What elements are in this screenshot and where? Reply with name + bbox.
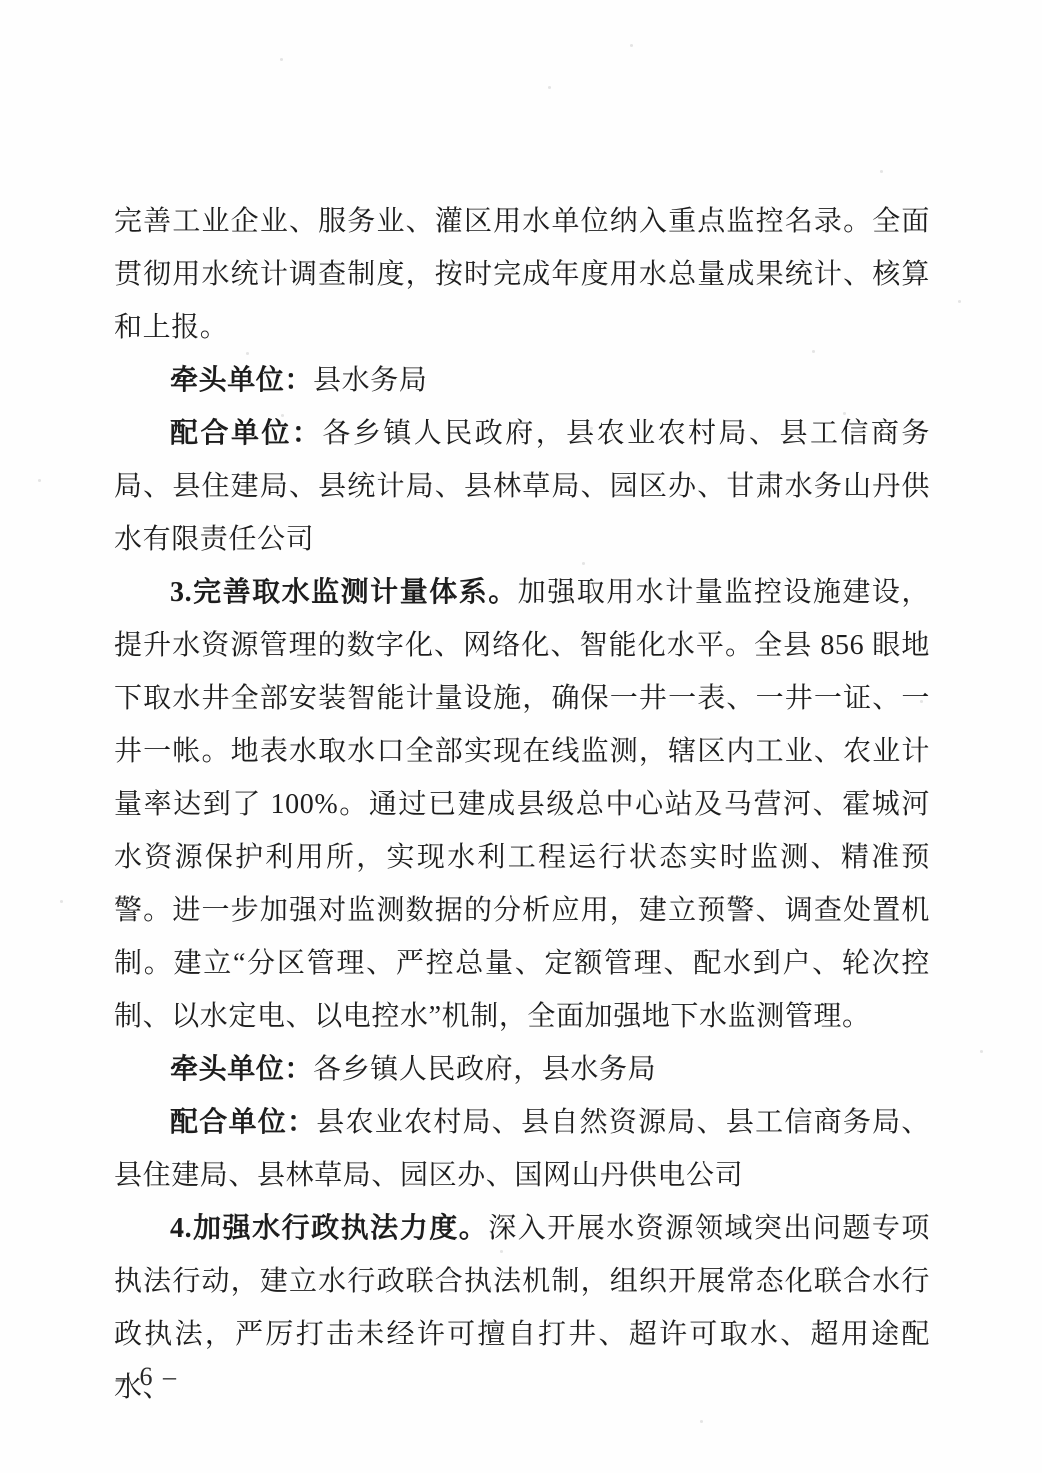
paragraph: 牵头单位：各乡镇人民政府，县水务局	[114, 1043, 930, 1096]
paragraph-text: 各乡镇人民政府，县水务局	[313, 1054, 656, 1085]
support-unit-label: 配合单位：	[170, 418, 322, 449]
paragraph-text: 加强取用水计量监控设施建设，提升水资源管理的数字化、网络化、智能化水平。全县 8…	[114, 577, 930, 1032]
lead-unit-label: 牵头单位：	[170, 1054, 313, 1085]
paragraph: 4.加强水行政执法力度。深入开展水资源领域突出问题专项执法行动，建立水行政联合执…	[114, 1202, 930, 1414]
paragraph: 牵头单位：县水务局	[114, 354, 930, 407]
paragraph: 配合单位：县农业农村局、县自然资源局、县工信商务局、县住建局、县林草局、园区办、…	[114, 1096, 930, 1202]
paragraph: 3.完善取水监测计量体系。加强取用水计量监控设施建设，提升水资源管理的数字化、网…	[114, 566, 930, 1043]
section-heading: 4.加强水行政执法力度。	[170, 1213, 488, 1244]
paragraph: 完善工业企业、服务业、灌区用水单位纳入重点监控名录。全面贯彻用水统计调查制度，按…	[114, 195, 930, 354]
paragraph-text: 完善工业企业、服务业、灌区用水单位纳入重点监控名录。全面贯彻用水统计调查制度，按…	[114, 206, 930, 343]
document-page: 完善工业企业、服务业、灌区用水单位纳入重点监控名录。全面贯彻用水统计调查制度，按…	[0, 0, 1042, 1473]
document-body: 完善工业企业、服务业、灌区用水单位纳入重点监控名录。全面贯彻用水统计调查制度，按…	[114, 195, 930, 1414]
paragraph: 配合单位：各乡镇人民政府，县农业农村局、县工信商务局、县住建局、县统计局、县林草…	[114, 407, 930, 566]
lead-unit-label: 牵头单位：	[170, 365, 313, 396]
paragraph-text: 县水务局	[313, 365, 427, 396]
page-number: – 6 –	[116, 1362, 178, 1392]
section-heading: 3.完善取水监测计量体系。	[170, 577, 518, 608]
support-unit-label: 配合单位：	[170, 1107, 316, 1138]
